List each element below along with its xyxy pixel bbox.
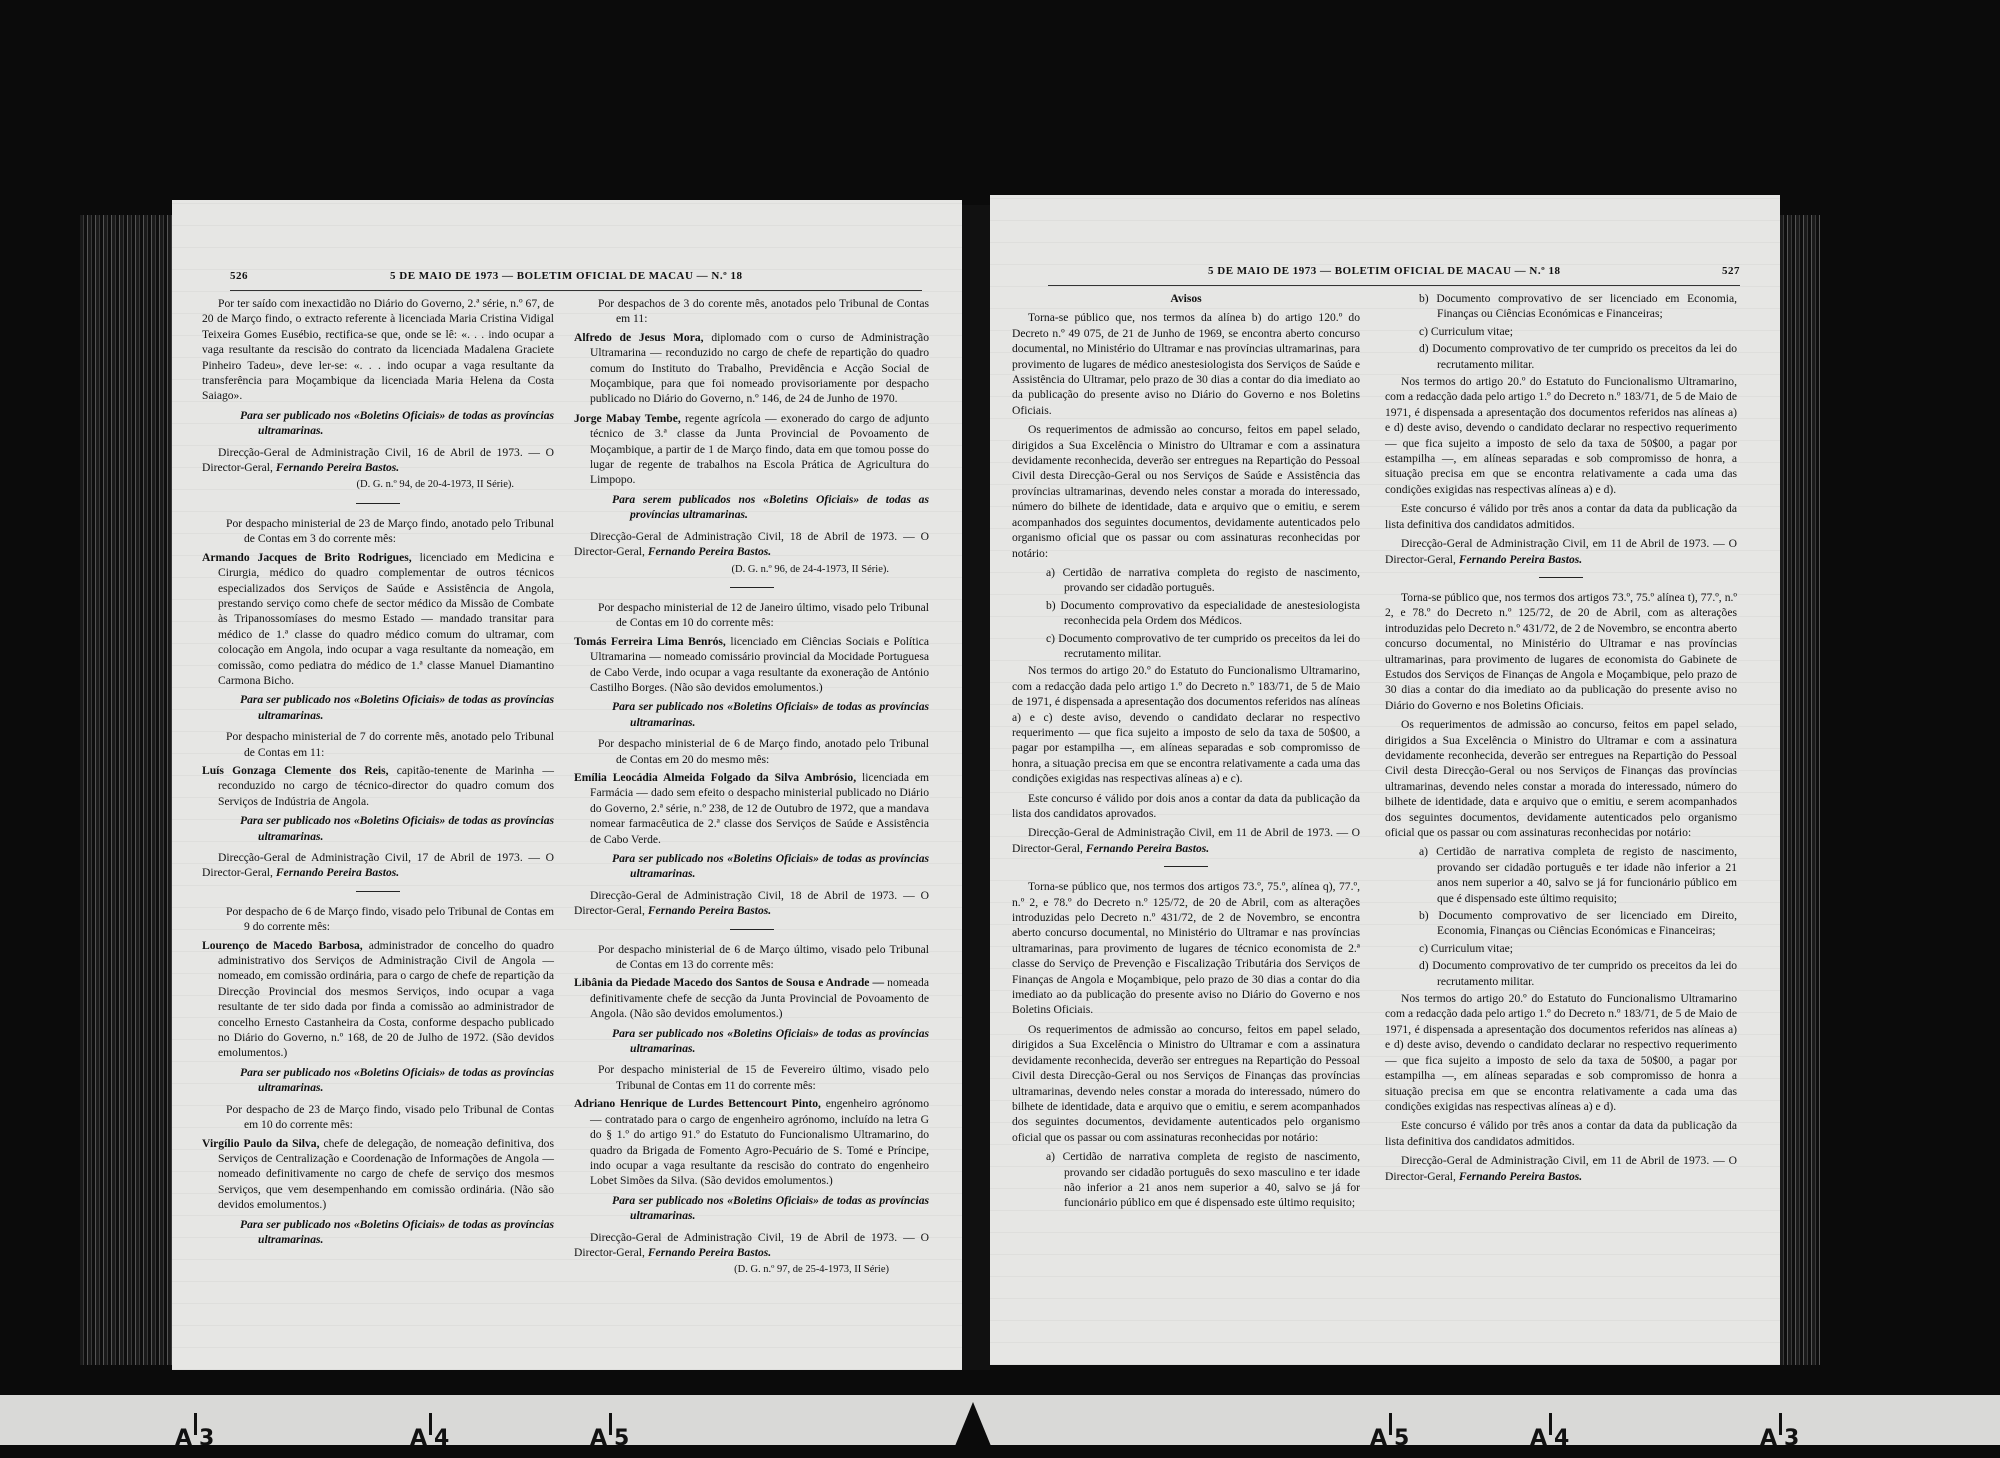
reference: (D. G. n.º 96, de 24-4-1973, II Série). <box>574 562 929 577</box>
publication-note: Para ser publicado nos «Boletins Oficiai… <box>202 408 554 439</box>
left-column-2: Por despachos de 3 do corente mês, anota… <box>574 296 929 1282</box>
running-head: 5 DE MAIO DE 1973 — BOLETIM OFICIAL DE M… <box>1048 263 1740 286</box>
requirement-item: c) Curriculum vitae; <box>1385 941 1737 956</box>
entry: Luís Gonzaga Clemente dos Reis, capitão-… <box>202 763 554 809</box>
separator-rule <box>356 503 400 504</box>
film-frame-marker: A5 <box>1370 1413 1409 1451</box>
film-frame-marker: A4 <box>1530 1413 1569 1451</box>
page-stack-edge-right <box>1780 215 1820 1365</box>
film-frame-marker: A3 <box>175 1413 214 1451</box>
separator-rule <box>1164 866 1208 867</box>
publication-note: Para ser publicado nos «Boletins Oficiai… <box>574 851 929 882</box>
paragraph: Nos termos do artigo 20.º do Estatuto do… <box>1385 374 1737 497</box>
paragraph: Os requerimentos de admissão ao concurso… <box>1385 717 1737 840</box>
requirement-item: b) Documento comprovativo de ser licenci… <box>1385 291 1737 322</box>
film-frame-marker: A4 <box>410 1413 449 1451</box>
paragraph: Nos termos do artigo 20.º do Estatuto do… <box>1385 991 1737 1114</box>
film-frame-marker: A5 <box>590 1413 629 1451</box>
dispatch-lead: Por despacho ministerial de 15 de Fevere… <box>574 1062 929 1093</box>
signature-block: Direcção-Geral de Administração Civil, 1… <box>574 529 929 560</box>
film-frame-marker: A3 <box>1760 1413 1799 1451</box>
dispatch-lead: Por despachos de 3 do corente mês, anota… <box>574 296 929 327</box>
dispatch-lead: Por despacho ministerial de 7 do corrent… <box>202 729 554 760</box>
signature-block: Direcção-Geral de Administração Civil, e… <box>1385 536 1737 567</box>
right-page: 5 DE MAIO DE 1973 — BOLETIM OFICIAL DE M… <box>990 195 1780 1365</box>
film-dark-band <box>0 1370 2000 1396</box>
dispatch-lead: Por despacho ministerial de 6 de Março f… <box>574 736 929 767</box>
entry: Adriano Henrique de Lurdes Bettencourt P… <box>574 1096 929 1188</box>
publication-note: Para ser publicado nos «Boletins Oficiai… <box>202 692 554 723</box>
dispatch-lead: Por despacho de 23 de Março findo, visad… <box>202 1102 554 1133</box>
page-stack-edge-left <box>80 215 172 1365</box>
book-gutter <box>962 205 990 1375</box>
publication-note: Para serem publicados nos «Boletins Ofic… <box>574 492 929 523</box>
entry: Armando Jacques de Brito Rodrigues, lice… <box>202 550 554 689</box>
requirement-item: c) Documento comprovativo de ter cumprid… <box>1012 631 1360 662</box>
separator-rule <box>356 891 400 892</box>
running-head-title: 5 DE MAIO DE 1973 — BOLETIM OFICIAL DE M… <box>1208 265 1561 277</box>
requirement-item: a) Certidão de narrativa completa de reg… <box>1012 1149 1360 1211</box>
film-strip <box>0 1395 2000 1445</box>
paragraph: Os requerimentos de admissão ao concurso… <box>1012 422 1360 561</box>
requirement-list: a) Certidão de narrativa completa do reg… <box>1012 565 1360 661</box>
paragraph: Os requerimentos de admissão ao concurso… <box>1012 1022 1360 1145</box>
right-column-1: Avisos Torna-se público que, nos termos … <box>1012 291 1360 1213</box>
dispatch-lead: Por despacho de 6 de Março findo, visado… <box>202 904 554 935</box>
page-number: 526 <box>230 270 248 282</box>
separator-rule <box>730 587 774 588</box>
left-page: 526 5 DE MAIO DE 1973 — BOLETIM OFICIAL … <box>172 200 962 1370</box>
requirement-item: d) Documento comprovativo de ter cumprid… <box>1385 341 1737 372</box>
signature-block: Direcção-Geral de Administração Civil, 1… <box>574 1230 929 1261</box>
dispatch-lead: Por despacho ministerial de 12 de Janeir… <box>574 600 929 631</box>
dispatch-lead: Por despacho ministerial de 6 de Março ú… <box>574 942 929 973</box>
signature-block: Direcção-Geral de Administração Civil, 1… <box>202 850 554 881</box>
entry: Lourenço de Macedo Barbosa, administrado… <box>202 938 554 1061</box>
dispatch-lead: Por despacho ministerial de 23 de Março … <box>202 516 554 547</box>
requirement-list: a) Certidão de narrativa completa de reg… <box>1385 844 1737 989</box>
signature-block: Direcção-Geral de Administração Civil, e… <box>1012 825 1360 856</box>
publication-note: Para ser publicado nos «Boletins Oficiai… <box>574 1193 929 1224</box>
paragraph: Nos termos do artigo 20.º do Estatuto do… <box>1012 663 1360 786</box>
paragraph: Torna-se público que, nos termos dos art… <box>1012 879 1360 1018</box>
section-heading: Avisos <box>1012 291 1360 306</box>
separator-rule <box>1539 577 1583 578</box>
paragraph: Este concurso é válido por dois anos a c… <box>1012 791 1360 822</box>
requirement-item: b) Documento comprovativo de ser licenci… <box>1385 908 1737 939</box>
reference: (D. G. n.º 97, de 25-4-1973, II Série) <box>574 1262 929 1277</box>
publication-note: Para ser publicado nos «Boletins Oficiai… <box>202 1065 554 1096</box>
running-head: 526 5 DE MAIO DE 1973 — BOLETIM OFICIAL … <box>230 268 922 291</box>
entry: Virgílio Paulo da Silva, chefe de delega… <box>202 1136 554 1213</box>
requirement-list: b) Documento comprovativo de ser licenci… <box>1385 291 1737 372</box>
requirement-list: a) Certidão de narrativa completa de reg… <box>1012 1149 1360 1211</box>
paragraph: Por ter saído com inexactidão no Diário … <box>202 296 554 404</box>
paragraph: Torna-se público que, nos termos dos art… <box>1385 590 1737 713</box>
separator-rule <box>730 929 774 930</box>
signature-block: Direcção-Geral de Administração Civil, 1… <box>574 888 929 919</box>
requirement-item: d) Documento comprovativo de ter cumprid… <box>1385 958 1737 989</box>
entry: Tomás Ferreira Lima Benrós, licenciado e… <box>574 634 929 696</box>
publication-note: Para ser publicado nos «Boletins Oficiai… <box>202 813 554 844</box>
signature-block: Direcção-Geral de Administração Civil, e… <box>1385 1153 1737 1184</box>
signature-block: Direcção-Geral de Administração Civil, 1… <box>202 445 554 476</box>
entry: Jorge Mabay Tembe, regente agrícola — ex… <box>574 411 929 488</box>
paragraph: Este concurso é válido por três anos a c… <box>1385 1118 1737 1149</box>
paragraph: Este concurso é válido por três anos a c… <box>1385 501 1737 532</box>
page-number: 527 <box>1722 265 1740 277</box>
right-column-2: b) Documento comprovativo de ser licenci… <box>1385 291 1737 1186</box>
requirement-item: c) Curriculum vitae; <box>1385 324 1737 339</box>
paragraph: Torna-se público que, nos termos da alín… <box>1012 310 1360 418</box>
left-column-1: Por ter saído com inexactidão no Diário … <box>202 296 554 1253</box>
entry: Emília Leocádia Almeida Folgado da Silva… <box>574 770 929 847</box>
requirement-item: a) Certidão de narrativa completa de reg… <box>1385 844 1737 906</box>
requirement-item: b) Documento comprovativo da especialida… <box>1012 598 1360 629</box>
running-head-title: 5 DE MAIO DE 1973 — BOLETIM OFICIAL DE M… <box>390 270 743 282</box>
publication-note: Para ser publicado nos «Boletins Oficiai… <box>202 1217 554 1248</box>
entry: Alfredo de Jesus Mora, diplomado com o c… <box>574 330 929 407</box>
film-center-notch <box>955 1402 991 1446</box>
requirement-item: a) Certidão de narrativa completa do reg… <box>1012 565 1360 596</box>
entry: Libânia da Piedade Macedo dos Santos de … <box>574 975 929 1021</box>
reference: (D. G. n.º 94, de 20-4-1973, II Série). <box>202 477 554 492</box>
publication-note: Para ser publicado nos «Boletins Oficiai… <box>574 1026 929 1057</box>
publication-note: Para ser publicado nos «Boletins Oficiai… <box>574 699 929 730</box>
